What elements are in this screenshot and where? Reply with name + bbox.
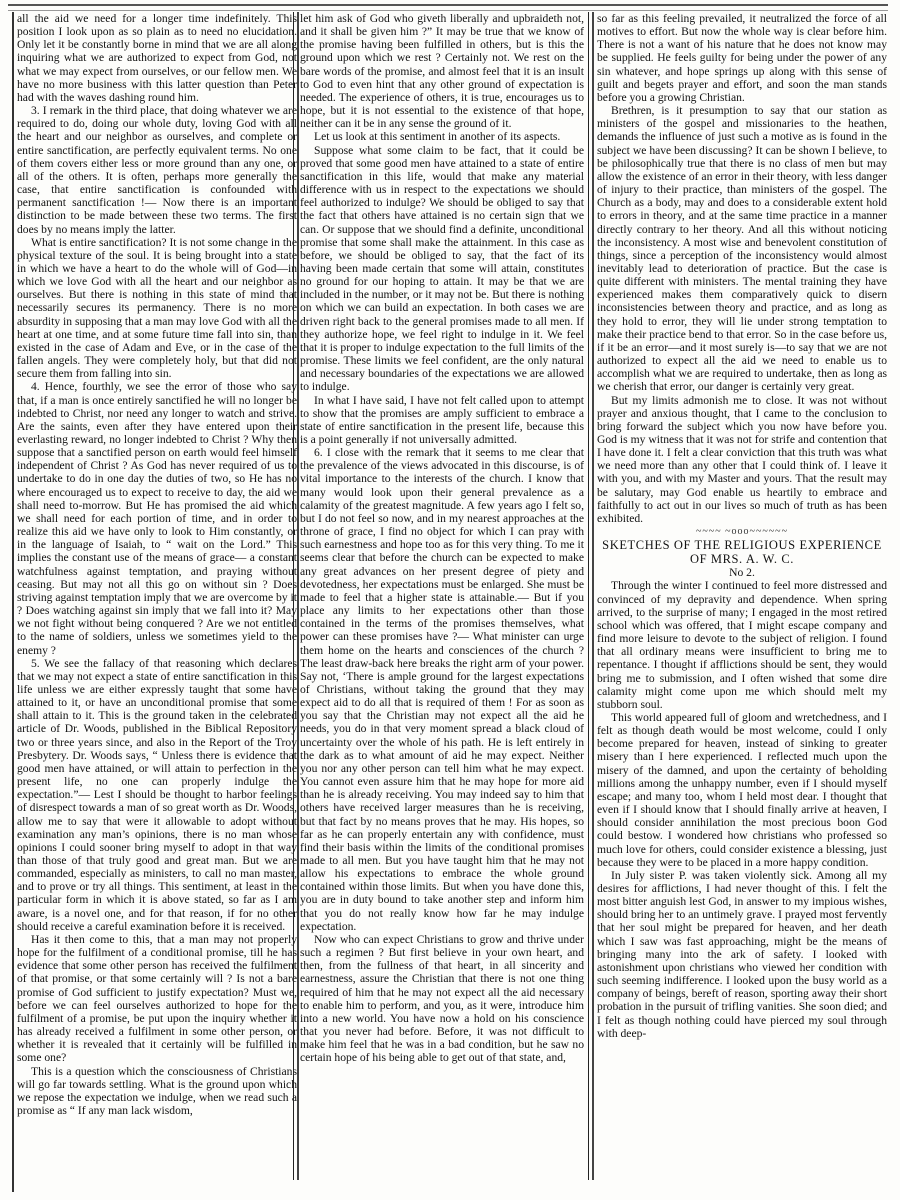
paragraph: 5. We see the fallacy of that reasoning …	[17, 657, 297, 933]
paragraph: Brethren, is it presumption to say that …	[597, 104, 887, 393]
article-number: No 2.	[597, 566, 887, 579]
paragraph: In July sister P. was taken violently si…	[597, 869, 887, 1040]
paragraph: In what I have said, I have not felt cal…	[300, 394, 584, 447]
paragraph: so far as this feeling prevailed, it neu…	[597, 12, 887, 104]
paragraph: This is a question which the consciousne…	[17, 1065, 297, 1118]
paragraph: 3. I remark in the third place, that doi…	[17, 104, 297, 236]
column-3: so far as this feeling prevailed, it neu…	[597, 12, 887, 1192]
column-2: let him ask of God who giveth liberally …	[300, 12, 584, 1192]
column-1: all the aid we need for a longer time in…	[12, 12, 297, 1192]
paragraph: Now who can expect Christians to grow an…	[300, 933, 584, 1065]
newspaper-page: all the aid we need for a longer time in…	[0, 0, 900, 1200]
paragraph: What is entire sanctification? It is not…	[17, 236, 297, 381]
top-rule	[8, 4, 888, 11]
column-divider	[293, 12, 299, 1180]
paragraph: Let us look at this sentiment in another…	[300, 130, 584, 143]
paragraph: This world appeared full of gloom and wr…	[597, 711, 887, 869]
article-title: SKETCHES OF THE RELIGIOUS EXPERIENCE OF …	[597, 538, 887, 566]
column-divider	[588, 12, 594, 1180]
paragraph: Has it then come to this, that a man may…	[17, 933, 297, 1065]
paragraph: let him ask of God who giveth liberally …	[300, 12, 584, 130]
paragraph: all the aid we need for a longer time in…	[17, 12, 297, 104]
paragraph: Suppose what some claim to be fact, that…	[300, 144, 584, 394]
paragraph: Through the winter I continued to feel m…	[597, 579, 887, 711]
paragraph: But my limits admonish me to close. It w…	[597, 394, 887, 526]
paragraph: 4. Hence, fourthly, we see the error of …	[17, 380, 297, 656]
section-ornament: ~~~~ ~ooo~~~~~~	[597, 525, 887, 538]
paragraph: 6. I close with the remark that it seems…	[300, 446, 584, 933]
